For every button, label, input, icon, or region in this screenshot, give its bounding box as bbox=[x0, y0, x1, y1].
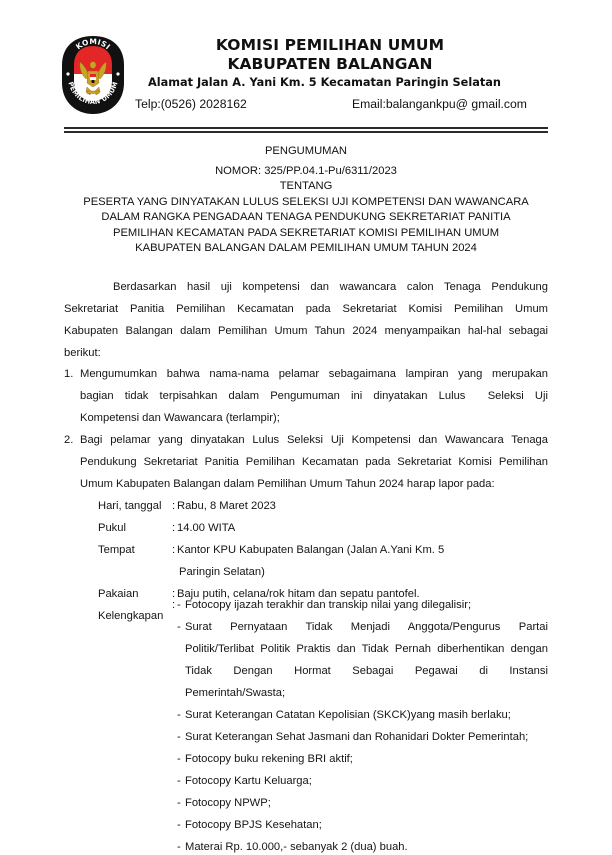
intro-line: Kabupaten Balangan dalam Pemilihan Umum … bbox=[64, 320, 548, 342]
requirement-text: Surat Pernyataan Tidak Menjadi Anggota/P… bbox=[185, 616, 548, 638]
requirement-item: - Fotocopy BPJS Kesehatan; bbox=[172, 814, 548, 836]
bullet-dash: - bbox=[177, 748, 181, 770]
requirement-item: - Fotocopy Kartu Keluarga; bbox=[172, 770, 548, 792]
detail-label: Pukul bbox=[98, 517, 126, 539]
detail-colon: : bbox=[172, 495, 175, 517]
detail-label: Kelengkapan bbox=[98, 605, 163, 627]
announcement-subject-line: PESERTA YANG DINYATAKAN LULUS SELEKSI UJ… bbox=[60, 195, 552, 211]
detail-row-place: Tempat : Kantor KPU Kabupaten Balangan (… bbox=[98, 539, 548, 583]
requirement-text: Surat Keterangan Catatan Kepolisian (SKC… bbox=[185, 704, 548, 726]
list-line: Umum Kabupaten Balangan dalam Pemilihan … bbox=[80, 473, 548, 495]
list-number: 1. bbox=[64, 363, 73, 385]
kpu-logo-icon: KOMISI PEMILIHAN UMUM bbox=[60, 35, 126, 115]
list-line: Pendukung Sekretariat Panitia Pemilihan … bbox=[80, 451, 548, 473]
intro-paragraph: Berdasarkan hasil uji kompetensi dan waw… bbox=[64, 276, 548, 364]
bullet-dash: - bbox=[177, 792, 181, 814]
announcement-number: NOMOR: 325/PP.04.1-Pu/6311/2023 bbox=[60, 164, 552, 180]
numbered-list-item-2: 2. Bagi pelamar yang dinyatakan Lulus Se… bbox=[64, 429, 548, 495]
detail-row-time: Pukul : 14.00 WITA bbox=[98, 517, 548, 539]
detail-label: Tempat bbox=[98, 539, 135, 561]
detail-label: Pakaian bbox=[98, 583, 138, 605]
requirement-item: - Materai Rp. 10.000,- sebanyak 2 (dua) … bbox=[172, 836, 548, 855]
letterhead-title: KOMISI PEMILIHAN UMUM KABUPATEN BALANGAN bbox=[130, 36, 530, 74]
list-line: bagian tidak terpisahkan dalam Pengumuma… bbox=[80, 385, 548, 407]
requirement-item: - Surat Keterangan Catatan Kepolisian (S… bbox=[172, 704, 548, 726]
org-name: KOMISI PEMILIHAN UMUM bbox=[130, 36, 530, 55]
letterhead-divider-top bbox=[64, 127, 548, 129]
requirement-text: Materai Rp. 10.000,- sebanyak 2 (dua) bu… bbox=[185, 836, 548, 855]
announcement-subject-line: DALAM RANGKA PENGADAAN TENAGA PENDUKUNG … bbox=[60, 210, 552, 226]
list-line: Kompetensi dan Wawancara (terlampir); bbox=[80, 407, 548, 429]
requirement-text: Fotocopy NPWP; bbox=[185, 792, 548, 814]
letterhead-divider-bottom bbox=[64, 131, 548, 133]
announcement-heading: PENGUMUMAN bbox=[60, 144, 552, 160]
announcement-title-block: PENGUMUMAN NOMOR: 325/PP.04.1-Pu/6311/20… bbox=[60, 144, 552, 257]
detail-row-date: Hari, tanggal : Rabu, 8 Maret 2023 bbox=[98, 495, 548, 517]
bullet-dash: - bbox=[177, 704, 181, 726]
list-line: Bagi pelamar yang dinyatakan Lulus Selek… bbox=[80, 429, 548, 451]
detail-value-continued: Paringin Selatan) bbox=[179, 561, 265, 583]
announcement-subject-line: KABUPATEN BALANGAN DALAM PEMILIHAN UMUM … bbox=[60, 241, 552, 257]
requirement-item: : - Fotocopy ijazah terakhir dan transki… bbox=[172, 594, 548, 616]
detail-value: Rabu, 8 Maret 2023 bbox=[177, 495, 276, 517]
org-address: Alamat Jalan A. Yani Km. 5 Kecamatan Par… bbox=[148, 76, 501, 89]
detail-value: 14.00 WITA bbox=[177, 517, 235, 539]
document-page: KOMISI PEMILIHAN UMUM KOMISI PEMILIHAN U… bbox=[0, 0, 612, 855]
requirement-text: Politik/Terlibat Politik Praktis dan Tid… bbox=[185, 638, 548, 660]
requirement-text: Fotocopy ijazah terakhir dan transkip ni… bbox=[184, 594, 548, 616]
intro-line: Sekretariat Panitia Pemilihan Kecamatan … bbox=[64, 298, 548, 320]
requirements-list: : - Fotocopy ijazah terakhir dan transki… bbox=[172, 594, 548, 855]
requirement-item: - Surat Pernyataan Tidak Menjadi Anggota… bbox=[172, 616, 548, 704]
bullet-dash: - bbox=[177, 814, 181, 836]
org-email: Email:balangankpu@ gmail.com bbox=[352, 97, 527, 111]
org-phone: Telp:(0526) 2028162 bbox=[135, 97, 247, 111]
numbered-list-item-1: 1. Mengumumkan bahwa nama-nama pelamar s… bbox=[64, 363, 548, 429]
detail-colon: : bbox=[172, 539, 175, 561]
requirement-text: Fotocopy Kartu Keluarga; bbox=[185, 770, 548, 792]
requirement-text: Fotocopy buku rekening BRI aktif; bbox=[185, 748, 548, 770]
org-region: KABUPATEN BALANGAN bbox=[130, 55, 530, 74]
bullet-dash: - bbox=[177, 594, 181, 616]
intro-line: Berdasarkan hasil uji kompetensi dan waw… bbox=[64, 276, 548, 298]
detail-colon: : bbox=[172, 517, 175, 539]
detail-label: Hari, tanggal bbox=[98, 495, 161, 517]
intro-line: berikut: bbox=[64, 342, 548, 364]
announcement-tentang: TENTANG bbox=[60, 179, 552, 195]
requirement-text: Pemerintah/Swasta; bbox=[185, 682, 548, 704]
bullet-dash: - bbox=[177, 836, 181, 855]
detail-colon: : bbox=[172, 594, 175, 616]
requirement-text: Fotocopy BPJS Kesehatan; bbox=[185, 814, 548, 836]
requirement-item: - Fotocopy buku rekening BRI aktif; bbox=[172, 748, 548, 770]
requirement-text: Tidak Dengan Hormat Sebagai Pegawai di I… bbox=[185, 660, 548, 682]
list-number: 2. bbox=[64, 429, 73, 451]
requirement-text: Surat Keterangan Sehat Jasmani dan Rohan… bbox=[185, 726, 548, 748]
detail-value: Kantor KPU Kabupaten Balangan (Jalan A.Y… bbox=[177, 539, 444, 561]
announcement-subject-line: PEMILIHAN KECAMATAN PADA SEKRETARIAT KOM… bbox=[60, 226, 552, 242]
requirement-item: - Surat Keterangan Sehat Jasmani dan Roh… bbox=[172, 726, 548, 748]
bullet-dash: - bbox=[177, 726, 181, 748]
bullet-dash: - bbox=[177, 770, 181, 792]
list-line: Mengumumkan bahwa nama-nama pelamar seba… bbox=[80, 363, 548, 385]
requirement-item: - Fotocopy NPWP; bbox=[172, 792, 548, 814]
bullet-dash: - bbox=[177, 616, 181, 638]
